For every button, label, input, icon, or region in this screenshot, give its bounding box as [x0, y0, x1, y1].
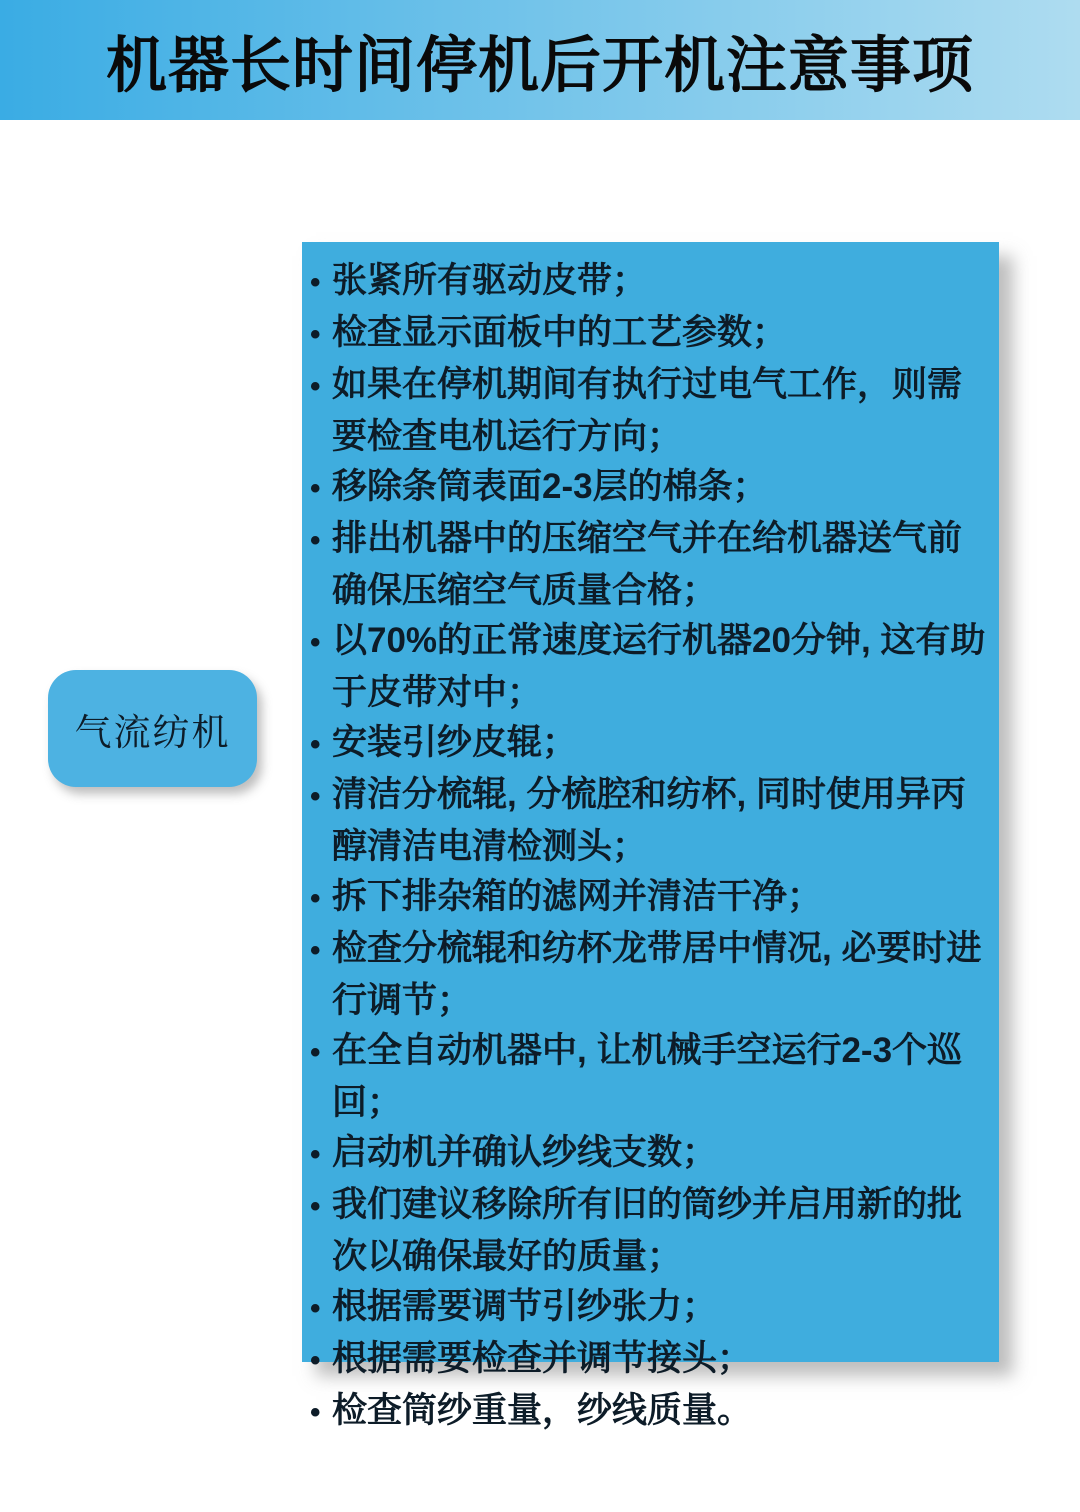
- checklist-item: •张紧所有驱动皮带；: [310, 256, 995, 308]
- bullet-icon: •: [310, 720, 332, 770]
- bullet-icon: •: [310, 618, 332, 668]
- checklist-item: •移除条筒表面2-3层的棉条；: [310, 462, 995, 514]
- bullet-icon: •: [310, 926, 332, 976]
- title-banner: 机器长时间停机后开机注意事项: [0, 0, 1080, 120]
- checklist-item: •根据需要调节引纱张力；: [310, 1282, 995, 1334]
- checklist-item-text: 以70%的正常速度运行机器20分钟, 这有助于皮带对中；: [332, 621, 985, 712]
- checklist-item: •排出机器中的压缩空气并在给机器送气前确保压缩空气质量合格；: [310, 514, 995, 616]
- checklist-item-text: 我们建议移除所有旧的筒纱并启用新的批次以确保最好的质量；: [332, 1185, 962, 1276]
- checklist-item: •如果在停机期间有执行过电气工作，则需要检查电机运行方向；: [310, 360, 995, 462]
- category-label-text: 气流纺机: [75, 702, 231, 756]
- bullet-icon: •: [310, 1336, 332, 1386]
- checklist-item: •安装引纱皮辊；: [310, 718, 995, 770]
- checklist-item-text: 移除条筒表面2-3层的棉条；: [332, 467, 768, 506]
- checklist-item: •根据需要检查并调节接头；: [310, 1334, 995, 1386]
- checklist-item: •以70%的正常速度运行机器20分钟, 这有助于皮带对中；: [310, 616, 995, 718]
- checklist-item-text: 安装引纱皮辊；: [332, 723, 577, 762]
- checklist-item-text: 检查显示面板中的工艺参数；: [332, 313, 787, 352]
- checklist-item-text: 拆下排杂箱的滤网并清洁干净；: [332, 877, 822, 916]
- checklist-item: •我们建议移除所有旧的筒纱并启用新的批次以确保最好的质量；: [310, 1180, 995, 1282]
- checklist-item: •启动机并确认纱线支数；: [310, 1128, 995, 1180]
- checklist-item-text: 清洁分梳辊, 分梳腔和纺杯, 同时使用异丙醇清洁电清检测头；: [332, 775, 966, 866]
- bullet-icon: •: [310, 1284, 332, 1334]
- checklist-item-text: 检查筒纱重量，纱线质量。: [332, 1391, 752, 1430]
- checklist-item-text: 根据需要检查并调节接头；: [332, 1339, 752, 1378]
- category-label: 气流纺机: [48, 670, 257, 787]
- checklist-item: •检查筒纱重量，纱线质量。: [310, 1386, 995, 1438]
- checklist-item: •在全自动机器中, 让机械手空运行2-3个巡回；: [310, 1026, 995, 1128]
- checklist-item-text: 检查分梳辊和纺杯龙带居中情况, 必要时进行调节；: [332, 929, 981, 1020]
- bullet-icon: •: [310, 310, 332, 360]
- checklist-panel: •张紧所有驱动皮带；•检查显示面板中的工艺参数；•如果在停机期间有执行过电气工作…: [302, 242, 999, 1362]
- checklist-item: •清洁分梳辊, 分梳腔和纺杯, 同时使用异丙醇清洁电清检测头；: [310, 770, 995, 872]
- checklist-item: •检查分梳辊和纺杯龙带居中情况, 必要时进行调节；: [310, 924, 995, 1026]
- checklist-item-text: 在全自动机器中, 让机械手空运行2-3个巡回；: [332, 1031, 962, 1122]
- bullet-icon: •: [310, 1182, 332, 1232]
- bullet-icon: •: [310, 1028, 332, 1078]
- bullet-icon: •: [310, 464, 332, 514]
- bullet-icon: •: [310, 772, 332, 822]
- checklist-item-text: 根据需要调节引纱张力；: [332, 1287, 717, 1326]
- checklist: •张紧所有驱动皮带；•检查显示面板中的工艺参数；•如果在停机期间有执行过电气工作…: [310, 256, 995, 1438]
- bullet-icon: •: [310, 1388, 332, 1438]
- bullet-icon: •: [310, 258, 332, 308]
- bullet-icon: •: [310, 516, 332, 566]
- bullet-icon: •: [310, 362, 332, 412]
- bullet-icon: •: [310, 874, 332, 924]
- page-title: 机器长时间停机后开机注意事项: [106, 17, 974, 104]
- checklist-item: •拆下排杂箱的滤网并清洁干净；: [310, 872, 995, 924]
- checklist-item-text: 启动机并确认纱线支数；: [332, 1133, 717, 1172]
- bullet-icon: •: [310, 1130, 332, 1180]
- checklist-item-text: 如果在停机期间有执行过电气工作，则需要检查电机运行方向；: [332, 365, 962, 456]
- checklist-item-text: 张紧所有驱动皮带；: [332, 261, 647, 300]
- checklist-item: •检查显示面板中的工艺参数；: [310, 308, 995, 360]
- checklist-item-text: 排出机器中的压缩空气并在给机器送气前确保压缩空气质量合格；: [332, 519, 962, 610]
